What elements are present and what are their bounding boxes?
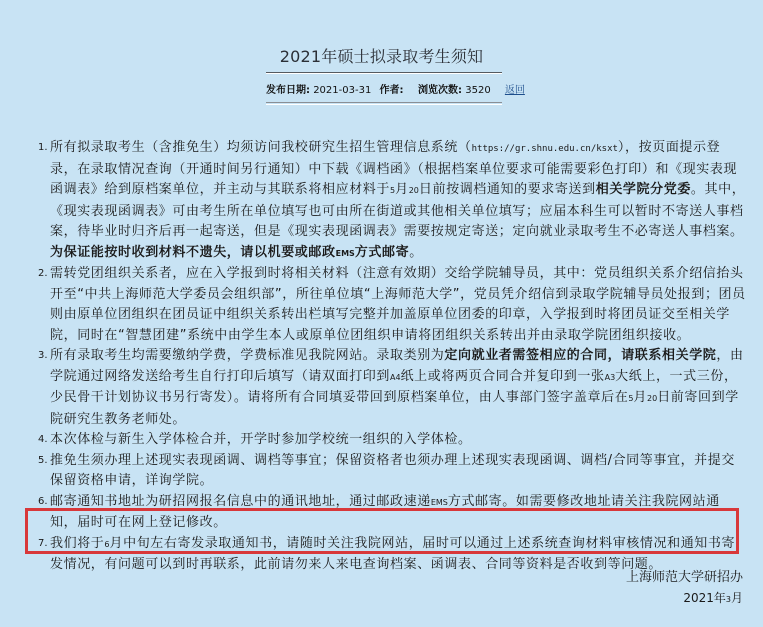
- back-link[interactable]: 返回: [505, 85, 525, 96]
- item-number: 7.: [38, 534, 48, 555]
- emphasis-text: 定向就业者需签相应的合同，请联系相关学院: [444, 348, 716, 363]
- item-number: 6.: [38, 492, 48, 513]
- meta-divider: [266, 102, 502, 105]
- article-body: 1.所有拟录取考生（含推免生）均须访问我校研究生招生管理信息系统（https:/…: [38, 138, 746, 576]
- system-url: https://gr.shnu.edu.cn/ksxt: [472, 144, 618, 154]
- view-count-label: 浏览次数:: [418, 85, 462, 96]
- notice-item-5: 5.推免生须办理上述现实表现函调、调档等事宜；保留资格者也须办理上述现实表现函调…: [38, 451, 746, 492]
- item-number: 1.: [38, 138, 48, 159]
- author-label: 作者:: [380, 85, 404, 96]
- notice-item-1: 1.所有拟录取考生（含推免生）均须访问我校研究生招生管理信息系统（https:/…: [38, 138, 746, 264]
- notice-item-4: 4.本次体检与新生入学体检合并，开学时参加学校统一组织的入学体检。: [38, 430, 746, 451]
- publish-date-label: 发布日期:: [266, 85, 310, 96]
- article-meta: 发布日期: 2021-03-31 作者: 浏览次数: 3520 返回: [266, 81, 506, 96]
- signature-org: 上海师范大学研招办: [626, 568, 743, 588]
- item-number: 3.: [38, 346, 48, 367]
- emphasis-text: 相关学院分党委: [596, 182, 691, 197]
- notice-item-2: 2.需转党团组织关系者，应在入学报到时将相关材料（注意有效期）交给学院辅导员，其…: [38, 264, 746, 346]
- notice-item-3: 3.所有录取考生均需要缴纳学费，学费标准见我院网站。录取类别为定向就业者需签相应…: [38, 346, 746, 430]
- view-count: 3520: [465, 85, 490, 96]
- signature-date: 2021年3月: [626, 588, 743, 610]
- signature: 上海师范大学研招办 2021年3月: [626, 568, 743, 610]
- item-number: 5.: [38, 451, 48, 472]
- emphasis-text: 为保证能按时收到材料不遗失，请以机要或邮政: [50, 245, 336, 260]
- notice-item-6: 6.邮寄通知书地址为研招网报名信息中的通讯地址，通过邮政速递EMS方式邮寄。如需…: [38, 492, 746, 534]
- article-title: 2021年硕士拟录取考生须知: [0, 44, 763, 67]
- item-number: 4.: [38, 430, 48, 451]
- publish-date: 2021-03-31: [313, 85, 371, 96]
- item-number: 2.: [38, 264, 48, 285]
- title-divider: [266, 72, 502, 74]
